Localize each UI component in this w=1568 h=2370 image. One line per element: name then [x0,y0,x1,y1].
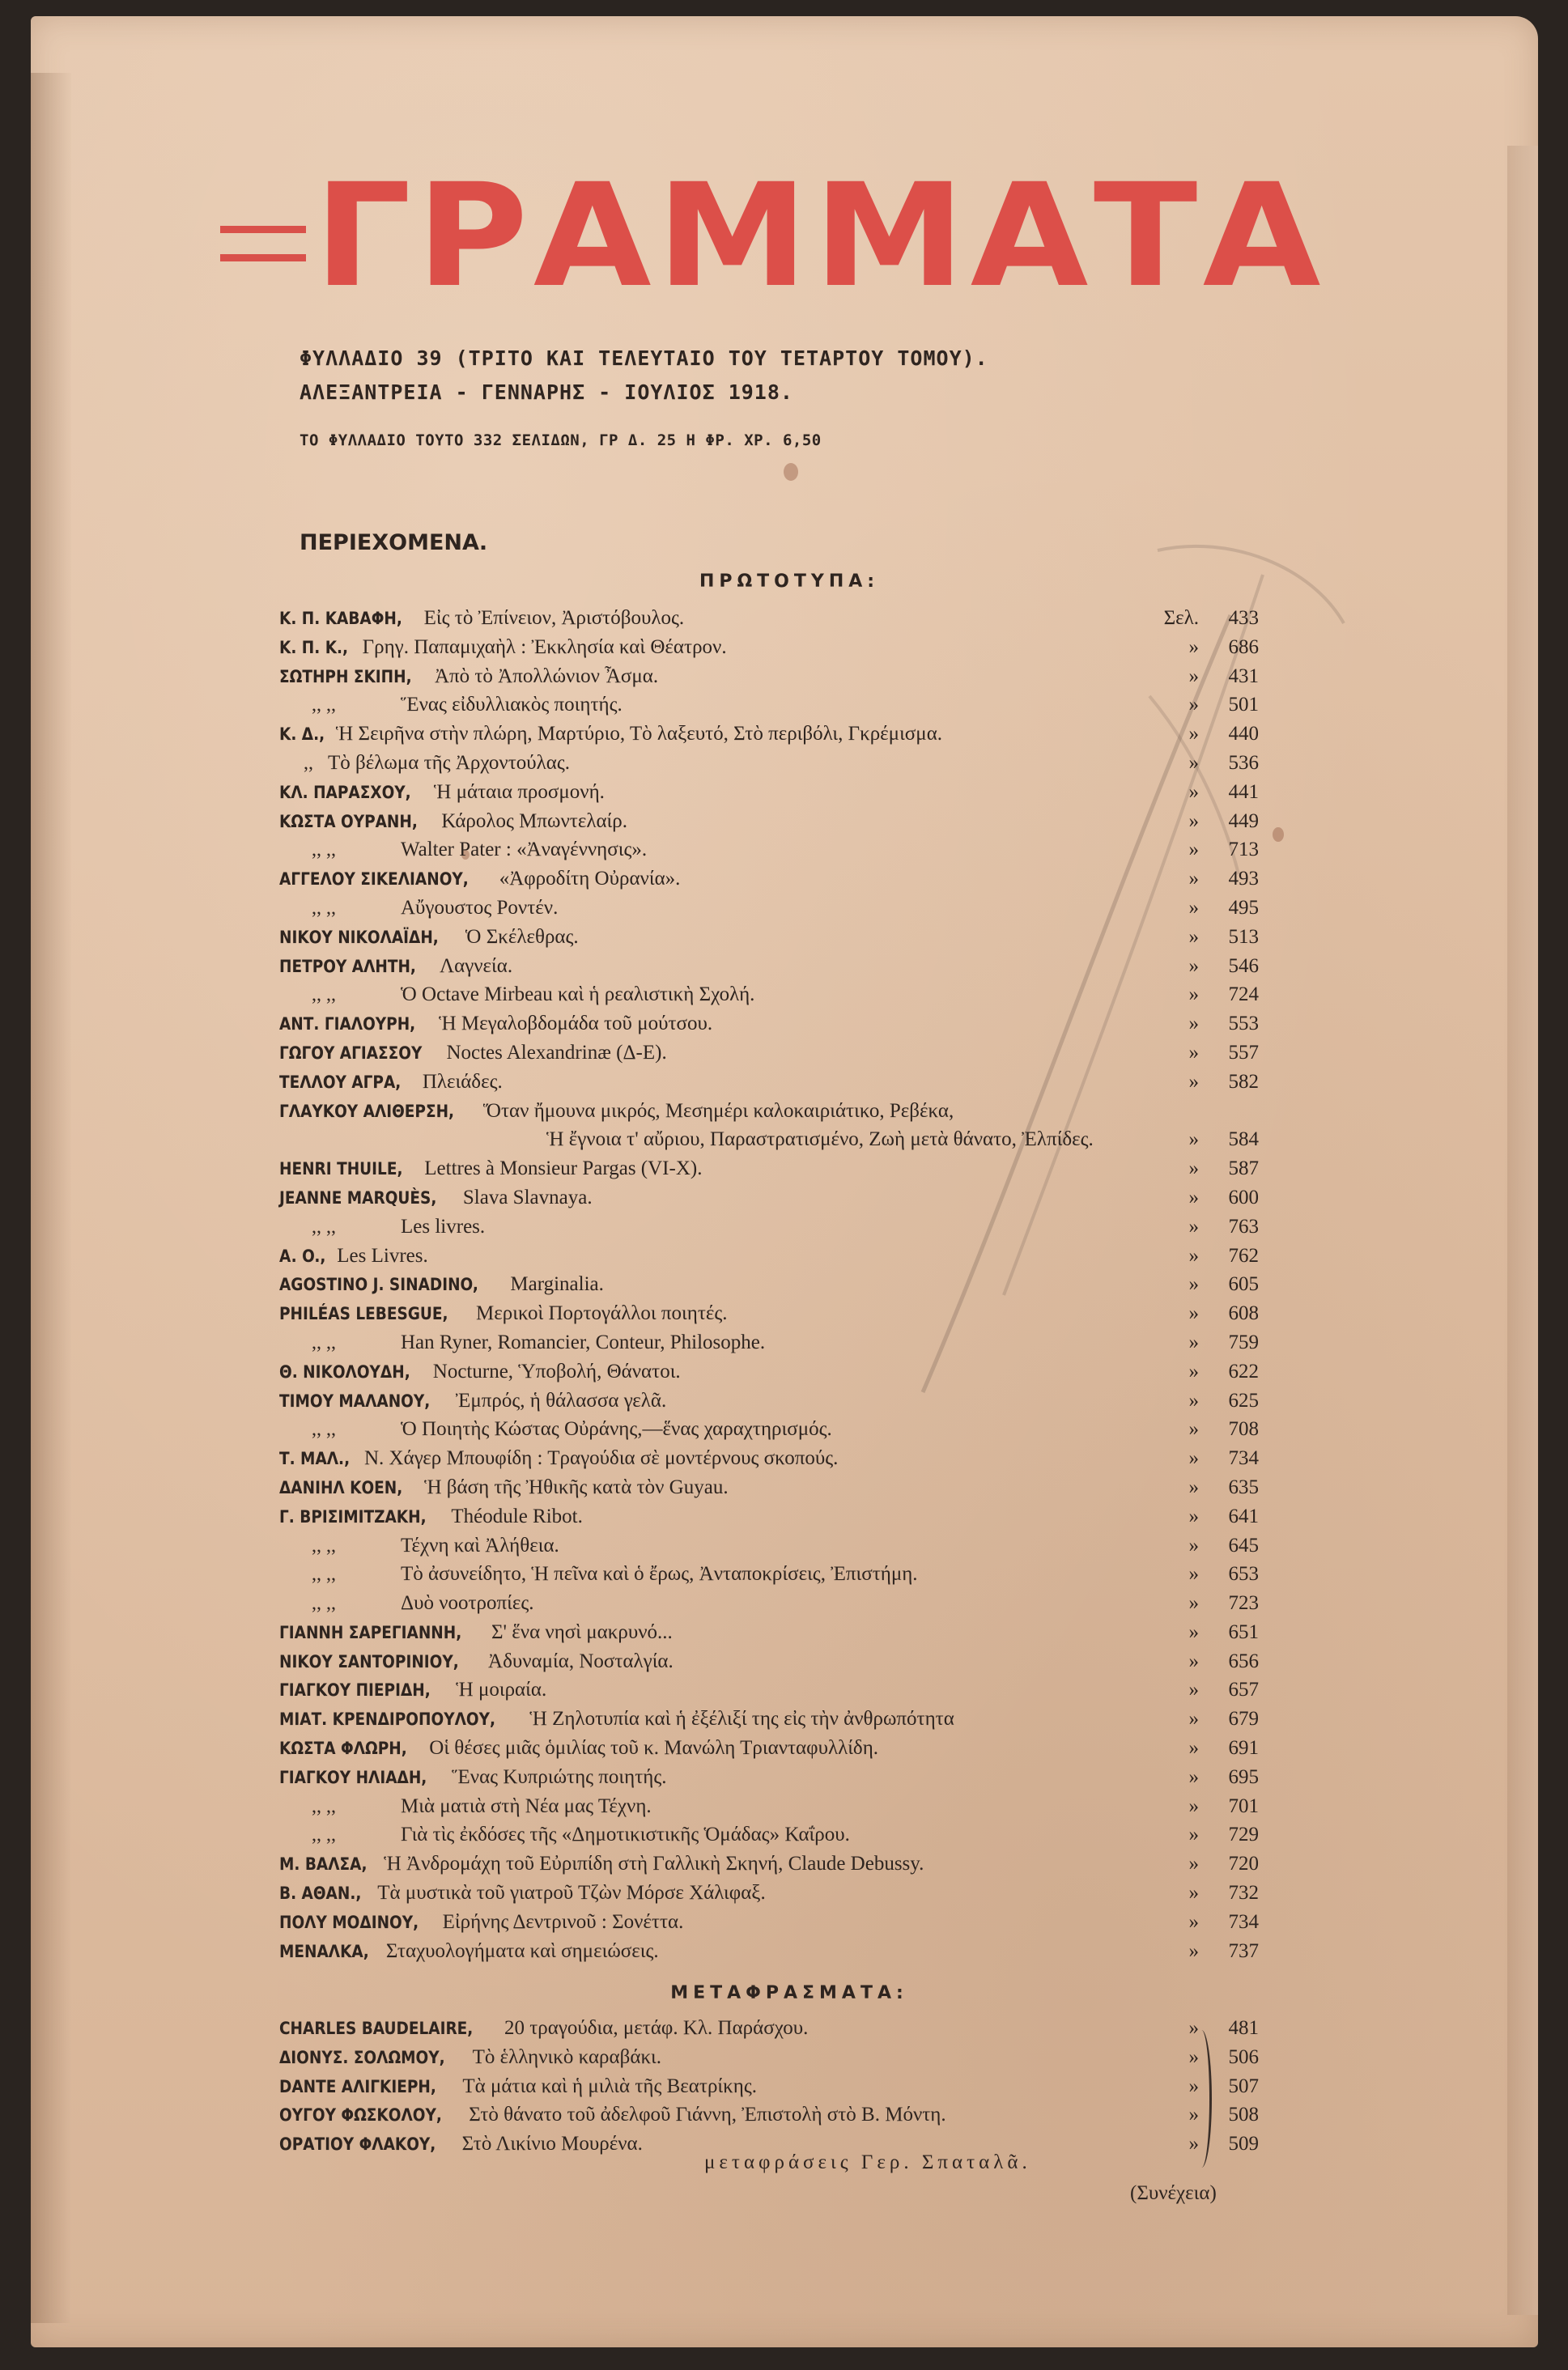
entry-title: Ὁ Octave Mirbeau καὶ ἡ ρεαλιστικὴ Σχολή. [401,983,1152,1006]
entry-author: A. O., [279,1247,325,1266]
entry-author: Κ. Π. ΚΑΒΑΦΗ, [279,609,402,628]
ditto-mark: ,, ,, [279,839,401,861]
page-prefix: » [1152,1273,1215,1296]
page-number: 449 [1215,810,1259,833]
page-prefix: » [1152,1245,1215,1268]
entry-title: Κάρολος Μπωντελαίρ. [441,810,1152,833]
page-prefix: » [1152,1157,1215,1180]
entry-title: Ἡ ἔγνοια τ' αὔριου, Παραστρατισμένο, Ζωὴ… [546,1128,1152,1151]
page-number: 656 [1215,1650,1259,1673]
page-number: 584 [1215,1128,1259,1151]
toc-entry: ,, ,,Μιὰ ματιὰ στὴ Νέα μας Τέχνη.»701 [279,1795,1259,1824]
entry-title: Τὸ ἀσυνείδητο, Ἡ πεῖνα καὶ ὁ ἔρως, Ἀνταπ… [401,1563,1152,1586]
page-prefix: » [1152,1332,1215,1354]
toc-entry: ,, ,,Walter Pater : «Ἀναγέννησις».»713 [279,839,1259,868]
toc-entry: Θ. ΝΙΚΟΛΟΥΔΗ,Nocturne, Ὑποβολή, Θάνατοι.… [279,1361,1259,1390]
entry-title: Ἡ βάση τῆς Ἠθικῆς κατὰ τὸν Guyau. [424,1476,1152,1499]
page-prefix: » [1152,1824,1215,1846]
entry-author: ΤΕΛΛΟΥ ΑΓΡΑ, [279,1072,401,1092]
page-prefix: » [1152,1187,1215,1209]
page-number: 481 [1215,2017,1259,2040]
entry-title: Εἰς τὸ Ἐπίνειον, Ἀριστόβουλος. [424,607,1152,630]
section-label-translations: ΜΕΤΑΦΡΑΣΜΑΤΑ: [385,1983,1194,2003]
entry-author: Τ. ΜΑΛ., [279,1449,350,1468]
entry-title: Ἡ μοιραία. [456,1679,1152,1701]
page-prefix: » [1152,955,1215,978]
page-prefix: » [1152,1679,1215,1701]
page-number: 708 [1215,1418,1259,1441]
entry-author: ΜΙΑΤ. ΚΡΕΝΔΙΡΟΠΟΥΛΟΥ, [279,1710,495,1729]
entry-title: Τὰ μάτια καὶ ἡ μιλιὰ τῆς Βεατρίκης. [462,2075,1152,2098]
toc-entry: ΣΩΤΗΡΗ ΣΚΙΠΗ,Ἀπὸ τὸ Ἀπολλώνιον Ἆσμα.»431 [279,665,1259,694]
entry-author: ΚΩΣΤΑ ΦΛΩΡΗ, [279,1739,407,1758]
page-prefix: » [1152,1911,1215,1934]
page-number: 553 [1215,1013,1259,1035]
entry-author: DANTE ΑΛΙΓΚΙΕΡΗ, [279,2077,436,2096]
entry-author: Μ. ΒΑΛΣΑ, [279,1854,367,1874]
ditto-mark: ,, ,, [279,694,401,716]
page-number: 695 [1215,1766,1259,1789]
entry-author: Κ. Δ., [279,724,325,744]
toc-entry: ΝΙΚΟΥ ΝΙΚΟΛΑΪΔΗ,Ὁ Σκέλεθρας.»513 [279,926,1259,955]
toc-entry: Τ. ΜΑΛ.,Ν. Χάγερ Μπουφίδη : Τραγούδια σὲ… [279,1447,1259,1476]
toc-entry: ΔΑΝΙΗΛ ΚΟΕΝ,Ἡ βάση τῆς Ἠθικῆς κατὰ τὸν G… [279,1476,1259,1506]
entry-title: Ἕνας εἰδυλλιακὸς ποιητής. [401,694,1152,716]
page-prefix: » [1152,1592,1215,1615]
page-prefix: Σελ. [1152,607,1215,630]
issue-place-date: ΑΛΕΞΑΝΤΡΕΙΑ - ΓΕΝΝΑΡΗΣ - ΙΟΥΛΙΟΣ 1918. [300,380,793,404]
entry-title: Nocturne, Ὑποβολή, Θάνατοι. [433,1361,1152,1383]
page-prefix: » [1152,1882,1215,1905]
toc-entry: ΠΕΤΡΟΥ ΑΛΗΤΗ,Λαγνεία.»546 [279,955,1259,984]
page-prefix: » [1152,1795,1215,1818]
toc-entry: ΓΙΑΓΚΟΥ ΗΛΙΑΔΗ,Ἕνας Κυπριώτης ποιητής.»6… [279,1766,1259,1795]
title-double-rule-icon [220,226,306,261]
entry-title: Han Ryner, Romancier, Conteur, Philosoph… [401,1332,1152,1354]
entry-title: Lettres à Monsieur Pargas (VI-X). [424,1157,1152,1180]
page-number: 763 [1215,1216,1259,1238]
toc-entry: ΓΙΑΝΝΗ ΣΑΡΕΓΙΑΝΝΗ,Σ' ἕνα νησὶ μακρυνό...… [279,1621,1259,1650]
entry-title: Ἡ μάταια προσμονή. [434,781,1152,804]
page-prefix: » [1152,1737,1215,1760]
page-number: 729 [1215,1824,1259,1846]
entry-title: Σταχυολογήματα καὶ σημειώσεις. [386,1940,1152,1963]
page-number: 679 [1215,1708,1259,1731]
ditto-mark: ,, ,, [279,898,401,920]
section-label-originals: ΠΡΩΤΟΤΥΠΑ: [385,571,1194,592]
right-edge-fold [1507,146,1538,2315]
page-number: 433 [1215,607,1259,630]
ditto-mark: ,, ,, [279,1796,401,1818]
toc-entry: ,, ,,Ἕνας εἰδυλλιακὸς ποιητής.»501 [279,694,1259,723]
issue-line: ΦΥΛΛΑΔΙΟ 39 (ΤΡΙΤΟ ΚΑΙ ΤΕΛΕΥΤΑΙΟ ΤΟΥ ΤΕΤ… [300,346,988,370]
toc-entry: ΠΟΛΥ ΜΟΔΙΝΟΥ,Εἰρήνης Δεντρινοῦ : Σονέττα… [279,1911,1259,1940]
page-prefix: » [1152,1128,1215,1151]
entry-title: Σ' ἕνα νησὶ μακρυνό... [491,1621,1152,1644]
page-number: 641 [1215,1506,1259,1528]
toc-entry: AGOSTINO J. SINADINO,Marginalia.»605 [279,1273,1259,1302]
entry-author: JEANNE MARQUÈS, [279,1188,436,1208]
page-number: 737 [1215,1940,1259,1963]
entry-author: Γ. ΒΡΙΣΙΜΙΤΖΑΚΗ, [279,1507,427,1527]
page-prefix: » [1152,897,1215,920]
page-number: 546 [1215,955,1259,978]
entry-title: Ὅταν ἤμουνα μικρός, Μεσημέρι καλοκαιριάτ… [483,1100,1152,1123]
entry-title: Ἕνας Κυπριώτης ποιητής. [452,1766,1152,1789]
page-number: 495 [1215,897,1259,920]
entry-title: Γιὰ τὶς ἐκδόσες τῆς «Δημοτικιστικῆς Ὁμάδ… [401,1824,1152,1846]
entry-title: Les livres. [401,1216,1152,1238]
page-prefix: » [1152,1535,1215,1557]
toc-entry: Κ. Π. ΚΑΒΑΦΗ,Εἰς τὸ Ἐπίνειον, Ἀριστόβουλ… [279,607,1259,636]
entry-title: Τέχνη καὶ Ἀλήθεια. [401,1535,1152,1557]
entry-title: Πλειάδες. [423,1071,1152,1094]
toc-entry: Γ. ΒΡΙΣΙΜΙΤΖΑΚΗ,Théodule Ribot.»641 [279,1506,1259,1535]
page-number: 440 [1215,723,1259,745]
page-number: 587 [1215,1157,1259,1180]
page-prefix: » [1152,1418,1215,1441]
entry-author: ΟΥΓΟΥ ΦΩΣΚΟΛΟΥ, [279,2105,442,2125]
toc-entry: ,, ,,Ὁ Octave Mirbeau καὶ ἡ ρεαλιστικὴ Σ… [279,983,1259,1013]
stain [1273,827,1284,842]
entry-title: Ἡ Σειρῆνα στὴν πλώρη, Μαρτύριο, Τὸ λαξευ… [336,723,1152,745]
toc-entry: ,, ,,Γιὰ τὶς ἐκδόσες τῆς «Δημοτικιστικῆς… [279,1824,1259,1853]
entry-author: ΓΩΓΟΥ ΑΓΙΑΣΣΟΥ [279,1043,422,1063]
entry-title: Ἀδυναμία, Νοσταλγία. [488,1650,1152,1673]
ditto-mark: ,, ,, [279,984,401,1006]
entry-author: ΓΛΑΥΚΟΥ ΑΛΙΘΕΡΣΗ, [279,1102,454,1121]
entry-title: Ἡ Μεγαλοβδομάδα τοῦ μούτσου. [439,1013,1152,1035]
page-number: 651 [1215,1621,1259,1644]
toc-entry: CHARLES BAUDELAIRE,20 τραγούδια, μετάφ. … [279,2017,1259,2046]
page-number: 724 [1215,983,1259,1006]
page-prefix: » [1152,1013,1215,1035]
entry-title: Ὁ Ποιητὴς Κώστας Οὐράνης,—ἕνας χαραχτηρι… [401,1418,1152,1441]
toc-entry: ΤΙΜΟΥ ΜΑΛΑΝΟΥ,Ἐμπρός, ἡ θάλασσα γελᾶ.»62… [279,1390,1259,1419]
entry-author: CHARLES BAUDELAIRE, [279,2019,473,2038]
page-prefix: » [1152,694,1215,716]
page-number: 713 [1215,839,1259,861]
toc-entry: ΝΙΚΟΥ ΣΑΝΤΟΡΙΝΙΟΥ,Ἀδυναμία, Νοσταλγία.»6… [279,1650,1259,1680]
continued-label: (Συνέχεια) [1130,2182,1217,2205]
page-prefix: » [1152,1302,1215,1325]
entry-title: Αὔγουστος Ροντέν. [401,897,1152,920]
page-prefix: » [1152,1042,1215,1064]
entry-author: ΝΙΚΟΥ ΣΑΝΤΟΡΙΝΙΟΥ, [279,1652,459,1671]
entry-author: ΟΡΑΤΙΟΥ ΦΛΑΚΟΥ, [279,2134,436,2154]
page-prefix: » [1152,1071,1215,1094]
page-number: 701 [1215,1795,1259,1818]
page-prefix: » [1152,1940,1215,1963]
page-number: 509 [1215,2133,1259,2156]
page-number: 657 [1215,1679,1259,1701]
page-prefix: » [1152,1390,1215,1412]
ditto-mark: ,, ,, [279,1535,401,1557]
toc-entry: Β. ΑΘΑΝ.,Τὰ μυστικὰ τοῦ γιατροῦ Τζὼν Μόρ… [279,1882,1259,1911]
entry-author: ΓΙΑΓΚΟΥ ΠΙΕΡΙΔΗ, [279,1680,431,1700]
toc-entry: ,, ,,Han Ryner, Romancier, Conteur, Phil… [279,1332,1259,1361]
entry-title: Ἐμπρός, ἡ θάλασσα γελᾶ. [456,1390,1152,1412]
page-number: 734 [1215,1447,1259,1470]
toc-entry: ΜΙΑΤ. ΚΡΕΝΔΙΡΟΠΟΥΛΟΥ,Ἡ Ζηλοτυπία καὶ ἡ ἐ… [279,1708,1259,1737]
entry-author: Κ. Π. Κ., [279,638,348,657]
page-number: 653 [1215,1563,1259,1586]
page-number: 557 [1215,1042,1259,1064]
toc-entry: ΜΕΝΑΛΚΑ,Σταχυολογήματα καὶ σημειώσεις.»7… [279,1940,1259,1969]
entry-author: HENRI THUILE, [279,1159,402,1179]
page-prefix: » [1152,1476,1215,1499]
entry-title: Ν. Χάγερ Μπουφίδη : Τραγούδια σὲ μοντέρν… [364,1447,1152,1470]
toc-entry: ,, ,,Les livres.»763 [279,1216,1259,1245]
entry-title: Τὸ βέλωμα τῆς Ἀρχοντούλας. [328,752,1152,775]
entry-author: ΚΛ. ΠΑΡΑΣΧΟΥ, [279,783,411,802]
ditto-mark: ,, ,, [279,1564,401,1586]
spine-fold [31,73,71,2323]
page-prefix: » [1152,636,1215,659]
page-number: 635 [1215,1476,1259,1499]
translator-note: μεταφράσεις Γερ. Σπαταλᾶ. [704,2151,1031,2174]
entry-title: Les Livres. [337,1245,1152,1268]
page-number: 506 [1215,2046,1259,2069]
stain [784,463,798,481]
toc-entry: Μ. ΒΑΛΣΑ,Ἡ Ἀνδρομάχη τοῦ Εὐριπίδη στὴ Γα… [279,1853,1259,1882]
entry-title: 20 τραγούδια, μετάφ. Κλ. Παράσχου. [504,2017,1152,2040]
page-number: 600 [1215,1187,1259,1209]
entry-author: ΑΝΤ. ΓΙΑΛΟΥΡΗ, [279,1014,415,1034]
entry-title: Slava Slavnaya. [463,1187,1152,1209]
page-number: 493 [1215,868,1259,890]
ditto-mark: ,, [279,753,328,775]
page-number: 762 [1215,1245,1259,1268]
entry-title: Ἡ Ἀνδρομάχη τοῦ Εὐριπίδη στὴ Γαλλικὴ Σκη… [384,1853,1152,1875]
ditto-mark: ,, ,, [279,1593,401,1615]
toc-entry: HENRI THUILE,Lettres à Monsieur Pargas (… [279,1157,1259,1187]
page-number: 513 [1215,926,1259,949]
entry-author: ΠΕΤΡΟΥ ΑΛΗΤΗ, [279,957,416,976]
toc-entry: ΚΩΣΤΑ ΟΥΡΑΝΗ,Κάρολος Μπωντελαίρ.»449 [279,810,1259,839]
page-prefix: » [1152,1621,1215,1644]
page-number: 691 [1215,1737,1259,1760]
page-number: 431 [1215,665,1259,688]
entry-title: Théodule Ribot. [451,1506,1152,1528]
entry-title: Τὸ ἑλληνικὸ καραβάκι. [473,2046,1152,2069]
entry-title: Εἰρήνης Δεντρινοῦ : Σονέττα. [443,1911,1152,1934]
entry-author: PHILÉAS LEBESGUE, [279,1304,448,1323]
toc-entry: JEANNE MARQUÈS,Slava Slavnaya.»600 [279,1187,1259,1216]
toc-entry: Ἡ ἔγνοια τ' αὔριου, Παραστρατισμένο, Ζωὴ… [279,1128,1259,1157]
toc-entry: ΤΕΛΛΟΥ ΑΓΡΑ,Πλειάδες.»582 [279,1071,1259,1100]
page-prefix: » [1152,839,1215,861]
page-prefix: » [1152,810,1215,833]
page-prefix: » [1152,1650,1215,1673]
page-prefix: » [1152,1361,1215,1383]
entry-author: Β. ΑΘΑΝ., [279,1884,361,1903]
entry-title: Λαγνεία. [440,955,1152,978]
page-prefix: » [1152,1708,1215,1731]
magazine-title: ΓΡΑΜΜΑΤΑ [314,165,1326,308]
toc-entry: ΟΥΓΟΥ ΦΩΣΚΟΛΟΥ,Στὸ θάνατο τοῦ ἀδελφοῦ Γι… [279,2104,1259,2133]
entry-author: ΔΑΝΙΗΛ ΚΟΕΝ, [279,1478,402,1497]
page-number: 536 [1215,752,1259,775]
page-prefix: » [1152,983,1215,1006]
toc-entry: ,, ,,Δυὸ νοοτροπίες.»723 [279,1592,1259,1621]
page-number: 723 [1215,1592,1259,1615]
page-prefix: » [1152,781,1215,804]
page-prefix: » [1152,665,1215,688]
entry-author: ΠΟΛΥ ΜΟΔΙΝΟΥ, [279,1913,419,1932]
toc-translations: CHARLES BAUDELAIRE,20 τραγούδια, μετάφ. … [279,2017,1259,2162]
toc-entry: ,, ,,Τὸ ἀσυνείδητο, Ἡ πεῖνα καὶ ὁ ἔρως, … [279,1563,1259,1592]
page-number: 625 [1215,1390,1259,1412]
toc-entry: ,, ,,Τέχνη καὶ Ἀλήθεια.»645 [279,1535,1259,1564]
toc-entry: DANTE ΑΛΙΓΚΙΕΡΗ,Τὰ μάτια καὶ ἡ μιλιὰ τῆς… [279,2075,1259,2105]
entry-author: Θ. ΝΙΚΟΛΟΥΔΗ, [279,1362,410,1382]
ditto-mark: ,, ,, [279,1824,401,1846]
entry-title: Στὸ θάνατο τοῦ ἀδελφοῦ Γιάννη, Ἐπιστολὴ … [469,2104,1152,2126]
entry-author: ΚΩΣΤΑ ΟΥΡΑΝΗ, [279,812,418,831]
ditto-mark: ,, ,, [279,1419,401,1441]
entry-author: ΜΕΝΑΛΚΑ, [279,1942,369,1961]
entry-title: Ἀπὸ τὸ Ἀπολλώνιον Ἆσμα. [435,665,1152,688]
entry-author: ΓΙΑΓΚΟΥ ΗΛΙΑΔΗ, [279,1768,427,1787]
page-number: 507 [1215,2075,1259,2098]
page-number: 501 [1215,694,1259,716]
toc-entry: A. O.,Les Livres.»762 [279,1245,1259,1274]
page-number: 686 [1215,636,1259,659]
toc-entry: ,, ,,Αὔγουστος Ροντέν.»495 [279,897,1259,926]
toc-entry: ΚΛ. ΠΑΡΑΣΧΟΥ,Ἡ μάταια προσμονή.»441 [279,781,1259,810]
toc-entry: ΑΓΓΕΛΟΥ ΣΙΚΕΛΙΑΝΟΥ,«Ἀφροδίτη Οὐρανία».»4… [279,868,1259,897]
entry-author: AGOSTINO J. SINADINO, [279,1275,478,1294]
entry-title: Marginalia. [510,1273,1152,1296]
page-number: 582 [1215,1071,1259,1094]
entry-title: Μιὰ ματιὰ στὴ Νέα μας Τέχνη. [401,1795,1152,1818]
entry-author: ΣΩΤΗΡΗ ΣΚΙΠΗ, [279,667,412,686]
toc-entry: ,, ,,Ὁ Ποιητὴς Κώστας Οὐράνης,—ἕνας χαρα… [279,1418,1259,1447]
toc-entry: ΔΙΟΝΥΣ. ΣΟΛΩΜΟΥ,Τὸ ἑλληνικὸ καραβάκι.»50… [279,2046,1259,2075]
contents-heading: ΠΕΡΙΕΧΟΜΕΝΑ. [300,530,487,555]
entry-title: Walter Pater : «Ἀναγέννησις». [401,839,1152,861]
toc-entry: ΓΩΓΟΥ ΑΓΙΑΣΣΟΥNoctes Alexandrinæ (Δ-Ε).»… [279,1042,1259,1071]
page-number: 734 [1215,1911,1259,1934]
entry-author: ΤΙΜΟΥ ΜΑΛΑΝΟΥ, [279,1391,430,1411]
issue-price: ΤΟ ΦΥΛΛΑΔΙΟ ΤΟΥΤΟ 332 ΣΕΛΙΔΩΝ, ΓΡ Δ. 25 … [300,431,822,449]
page-prefix: » [1152,1853,1215,1875]
page-number: 508 [1215,2104,1259,2126]
entry-title: Noctes Alexandrinæ (Δ-Ε). [446,1042,1152,1064]
page-number: 645 [1215,1535,1259,1557]
entry-title: Τὰ μυστικὰ τοῦ γιατροῦ Τζὼν Μόρσε Χάλιφα… [377,1882,1152,1905]
page-prefix: » [1152,926,1215,949]
page-prefix: » [1152,1766,1215,1789]
page-prefix: » [1152,1447,1215,1470]
toc-entry: ΑΝΤ. ΓΙΑΛΟΥΡΗ,Ἡ Μεγαλοβδομάδα τοῦ μούτσο… [279,1013,1259,1042]
masthead: ΓΡΑΜΜΑΤΑ [220,180,1260,293]
page-prefix: » [1152,723,1215,745]
page-prefix: » [1152,752,1215,775]
ditto-mark: ,, ,, [279,1217,401,1238]
toc-entry: ΚΩΣΤΑ ΦΛΩΡΗ,Οἱ θέσες μιᾶς ὁμιλίας τοῦ κ.… [279,1737,1259,1766]
ditto-mark: ,, ,, [279,1332,401,1354]
entry-title: Ἡ Ζηλοτυπία καὶ ἡ ἐξέλιξί της εἰς τὴν ἀν… [529,1708,1152,1731]
entry-title: Μερικοὶ Πορτογάλλοι ποιητές. [476,1302,1152,1325]
entry-title: Ὁ Σκέλεθρας. [465,926,1152,949]
page-number: 759 [1215,1332,1259,1354]
toc-entry: ,,Τὸ βέλωμα τῆς Ἀρχοντούλας.»536 [279,752,1259,781]
page-prefix: » [1152,1563,1215,1586]
page-number: 605 [1215,1273,1259,1296]
page-number: 622 [1215,1361,1259,1383]
page-prefix: » [1152,1216,1215,1238]
page-number: 608 [1215,1302,1259,1325]
entry-title: «Ἀφροδίτη Οὐρανία». [499,868,1152,890]
page-number: 720 [1215,1853,1259,1875]
entry-author: ΝΙΚΟΥ ΝΙΚΟΛΑΪΔΗ, [279,928,439,947]
toc-entry: PHILÉAS LEBESGUE,Μερικοὶ Πορτογάλλοι ποι… [279,1302,1259,1332]
entry-title: Δυὸ νοοτροπίες. [401,1592,1152,1615]
entry-title: Οἱ θέσες μιᾶς ὁμιλίας τοῦ κ. Μανώλη Τρια… [429,1737,1152,1760]
toc-originals: Κ. Π. ΚΑΒΑΦΗ,Εἰς τὸ Ἐπίνειον, Ἀριστόβουλ… [279,607,1259,1969]
page-number: 441 [1215,781,1259,804]
toc-entry: Κ. Δ.,Ἡ Σειρῆνα στὴν πλώρη, Μαρτύριο, Τὸ… [279,723,1259,752]
entry-author: ΔΙΟΝΥΣ. ΣΟΛΩΜΟΥ, [279,2048,445,2067]
page-number: 732 [1215,1882,1259,1905]
page-prefix: » [1152,1506,1215,1528]
entry-author: ΓΙΑΝΝΗ ΣΑΡΕΓΙΑΝΝΗ, [279,1623,461,1642]
toc-entry: Κ. Π. Κ.,Γρηγ. Παπαμιχαὴλ : Ἐκκλησία καὶ… [279,636,1259,665]
entry-author: ΑΓΓΕΛΟΥ ΣΙΚΕΛΙΑΝΟΥ, [279,869,469,889]
toc-entry: ΓΛΑΥΚΟΥ ΑΛΙΘΕΡΣΗ,Ὅταν ἤμουνα μικρός, Μεσ… [279,1100,1259,1129]
page-prefix: » [1152,868,1215,890]
toc-entry: ΓΙΑΓΚΟΥ ΠΙΕΡΙΔΗ,Ἡ μοιραία.»657 [279,1679,1259,1708]
entry-title: Γρηγ. Παπαμιχαὴλ : Ἐκκλησία καὶ Θέατρον. [363,636,1152,659]
